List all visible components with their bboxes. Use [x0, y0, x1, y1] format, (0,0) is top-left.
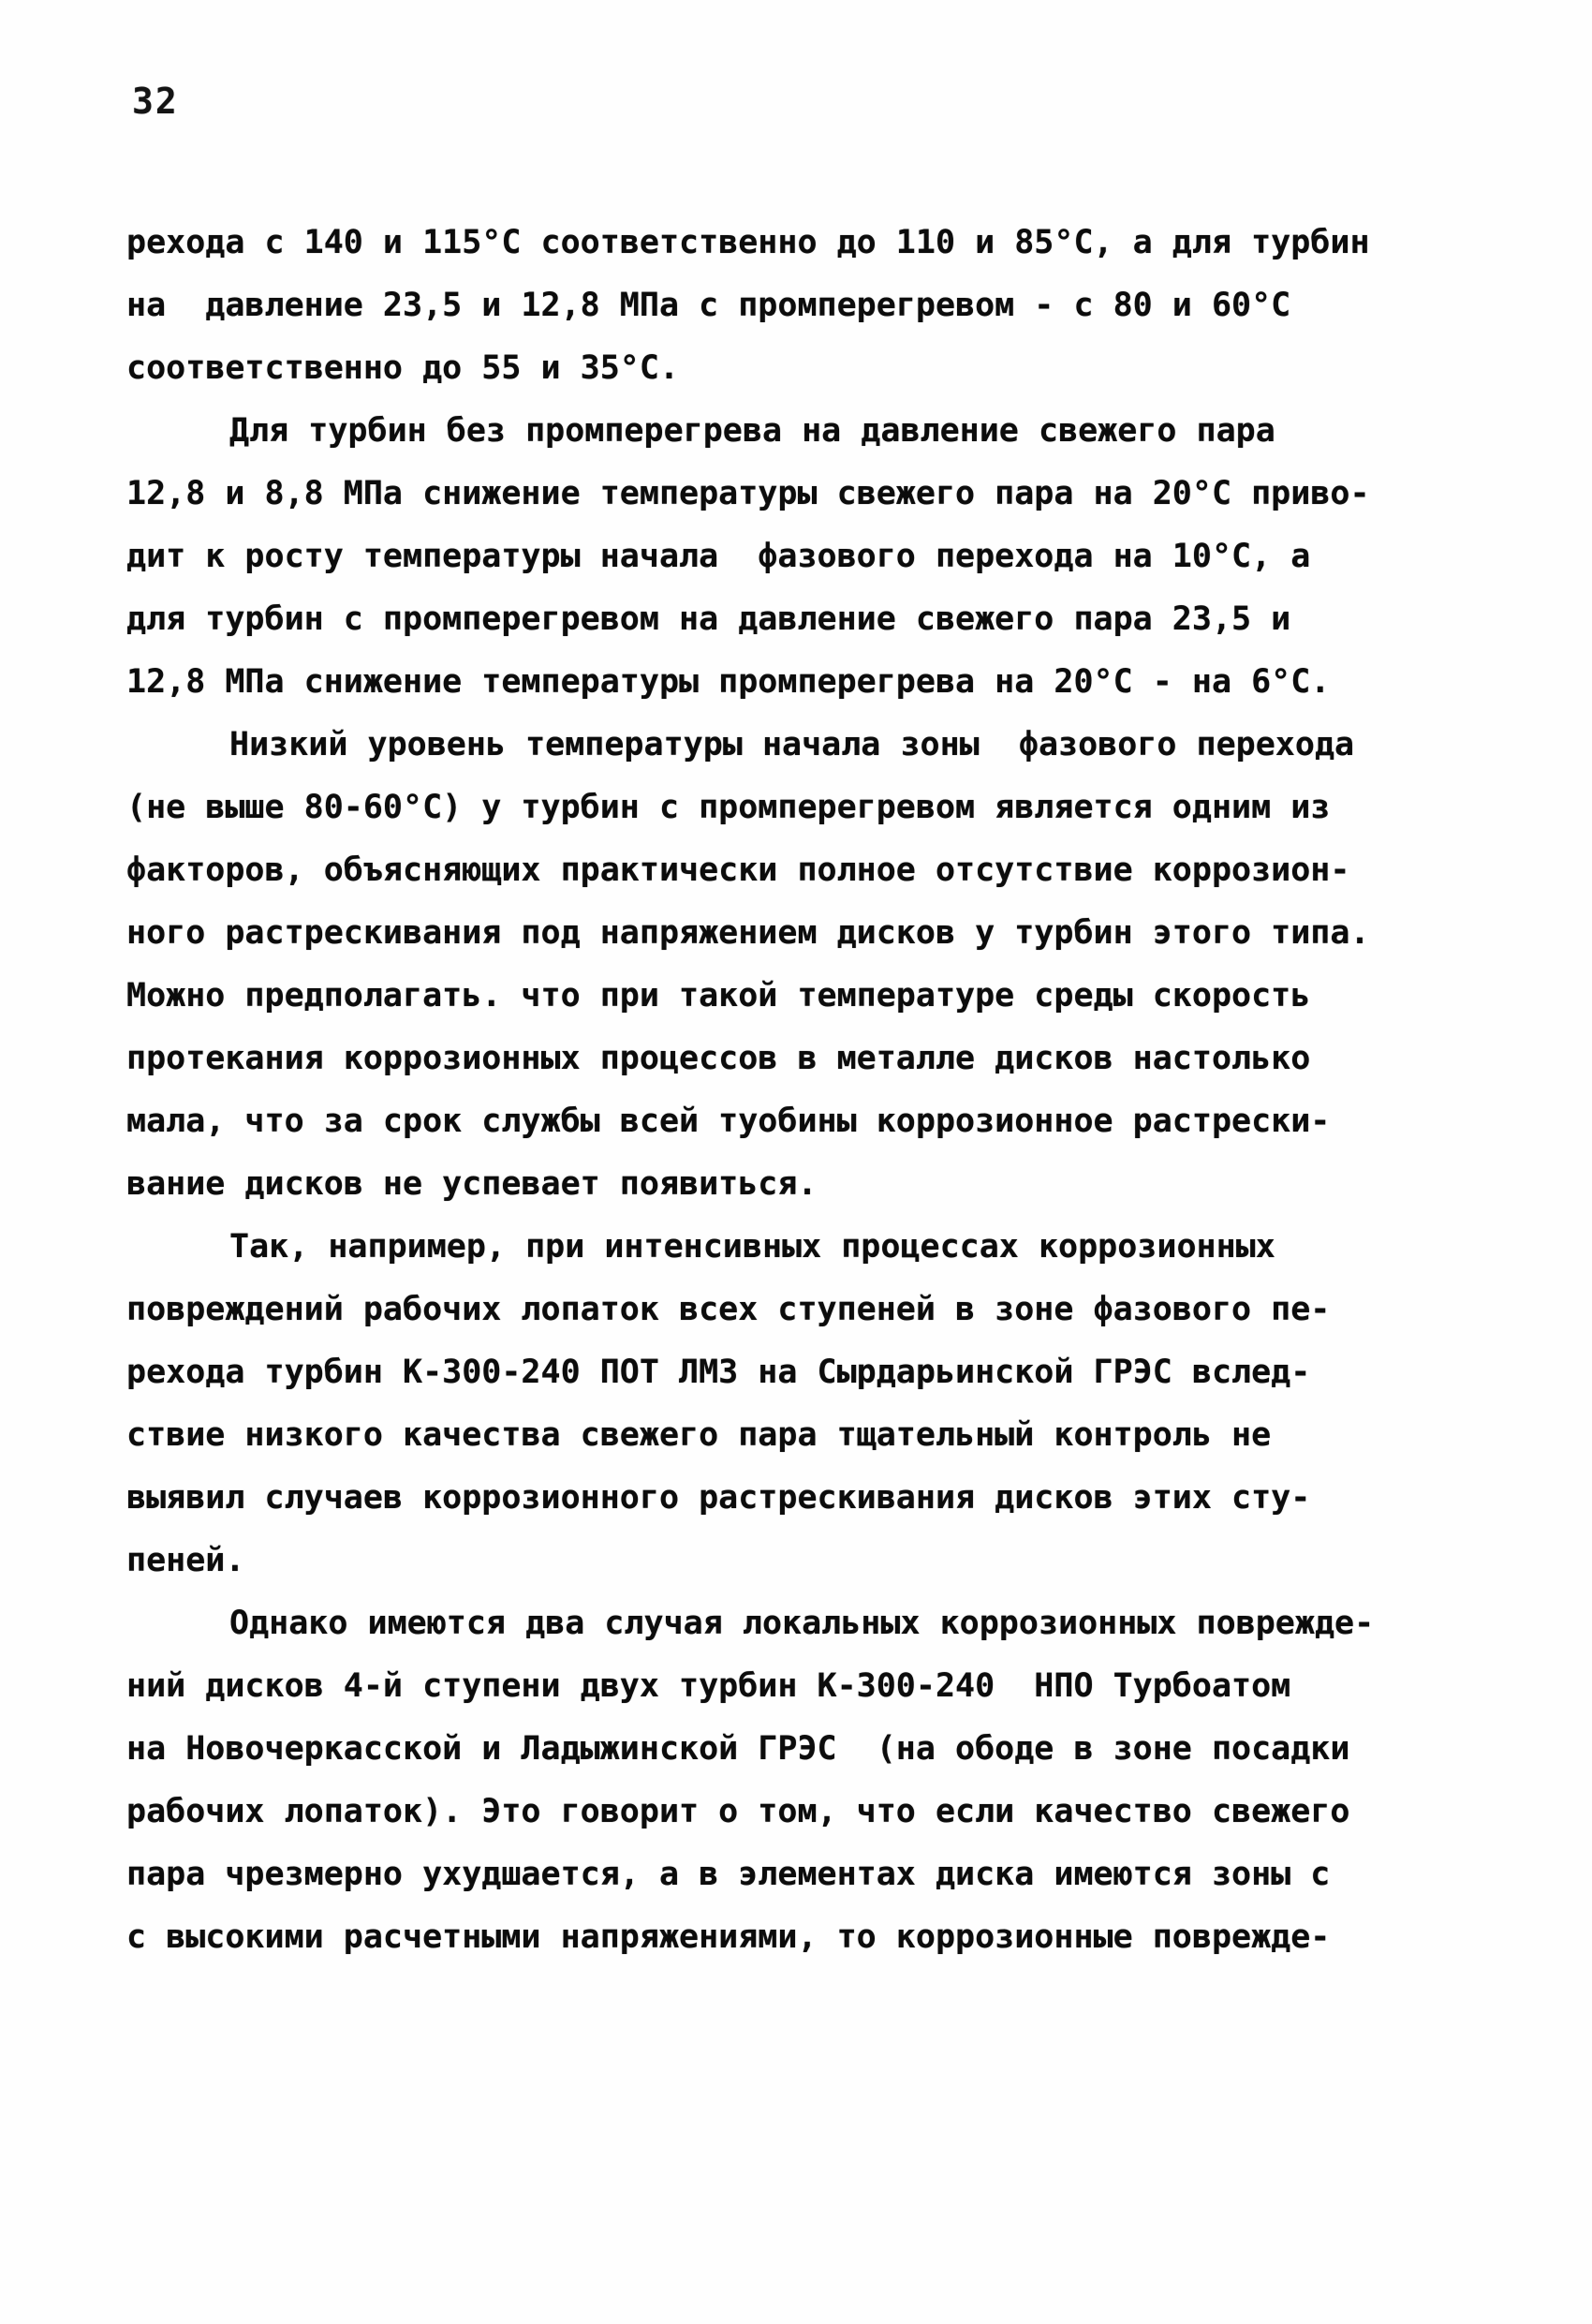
text-line: дит к росту температуры начала фазового …	[126, 525, 1475, 588]
text-line: соответственно до 55 и 35°С.	[126, 337, 1475, 400]
text-line: Можно предполагать. что при такой темпер…	[126, 965, 1475, 1028]
text-line: на давление 23,5 и 12,8 МПа с промперегр…	[126, 274, 1475, 337]
text-line: протекания коррозионных процессов в мета…	[126, 1028, 1475, 1090]
text-line: на Новочеркасской и Ладыжинской ГРЭС (на…	[126, 1718, 1475, 1781]
text-line: рехода турбин К-300-240 ПОТ ЛМЗ на Сырда…	[126, 1341, 1475, 1404]
page-number: 32	[132, 81, 179, 122]
text-line: для турбин с промперегревом на давление …	[126, 588, 1475, 651]
text-line: Для турбин без промперегрева на давление…	[126, 400, 1475, 463]
text-line: 12,8 и 8,8 МПа снижение температуры свеж…	[126, 463, 1475, 525]
paragraph: Однако имеются два случая локальных корр…	[126, 1592, 1475, 1969]
text-line: мала, что за срок службы всей туобины ко…	[126, 1090, 1475, 1153]
text-line: рабочих лопаток). Это говорит о том, что…	[126, 1781, 1475, 1843]
text-line: с высокими расчетными напряжениями, то к…	[126, 1906, 1475, 1969]
text-line: рехода с 140 и 115°С соответственно до 1…	[126, 212, 1475, 274]
document-body: рехода с 140 и 115°С соответственно до 1…	[126, 212, 1475, 1969]
text-line: ний дисков 4-й ступени двух турбин К-300…	[126, 1655, 1475, 1718]
paragraph: Низкий уровень температуры начала зоны ф…	[126, 714, 1475, 1216]
text-line: факторов, объясняющих практически полное…	[126, 839, 1475, 902]
text-line: пеней.	[126, 1530, 1475, 1592]
text-line: пара чрезмерно ухудшается, а в элементах…	[126, 1843, 1475, 1906]
paragraph: рехода с 140 и 115°С соответственно до 1…	[126, 212, 1475, 400]
text-line: повреждений рабочих лопаток всех ступене…	[126, 1279, 1475, 1341]
text-line: выявил случаев коррозионного растрескива…	[126, 1467, 1475, 1530]
text-line: ного растрескивания под напряжением диск…	[126, 902, 1475, 965]
paragraph: Так, например, при интенсивных процессах…	[126, 1216, 1475, 1592]
text-line: ствие низкого качества свежего пара тщат…	[126, 1404, 1475, 1467]
text-line: Низкий уровень температуры начала зоны ф…	[126, 714, 1475, 777]
text-line: вание дисков не успевает появиться.	[126, 1153, 1475, 1216]
text-line: Так, например, при интенсивных процессах…	[126, 1216, 1475, 1279]
scanned-document-page: 32 рехода с 140 и 115°С соответственно д…	[0, 0, 1592, 2324]
text-line: (не выше 80-60°С) у турбин с промперегре…	[126, 777, 1475, 839]
text-line: Однако имеются два случая локальных корр…	[126, 1592, 1475, 1655]
text-line: 12,8 МПа снижение температуры промперегр…	[126, 651, 1475, 714]
paragraph: Для турбин без промперегрева на давление…	[126, 400, 1475, 714]
